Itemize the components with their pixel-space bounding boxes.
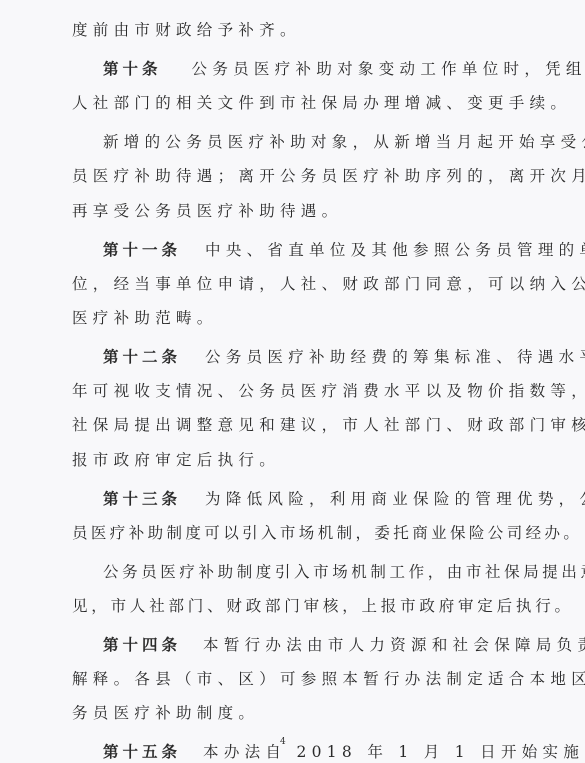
article-line: 第十一条中央、省直单位及其他参照公务员管理的单 [0,240,585,260]
article-line: 第十二条公务员医疗补助经费的筹集标准、待遇水平每 [0,347,585,367]
text-line: 解释。各县（市、区）可参照本暂行办法制定适合本地区的公 [0,669,585,689]
text-line: 年可视收支情况、公务员医疗消费水平以及物价指数等，由市 [0,381,585,401]
article-line: 第十三条为降低风险，利用商业保险的管理优势，公务 [0,489,585,509]
paragraph-text: 人社部门的相关文件到市社保局办理增减、变更手续。 [72,94,571,112]
paragraph-text: 公务员医疗补助经费的筹集标准、待遇水平每 [205,348,585,366]
text-line: 报市政府审定后执行。 [0,450,585,470]
paragraph-text: 中央、省直单位及其他参照公务员管理的单 [205,241,585,259]
text-line: 务员医疗补助制度。 [0,703,585,723]
article-heading: 第十一条 [103,240,181,259]
paragraph-text: 年可视收支情况、公务员医疗消费水平以及物价指数等，由市 [72,382,585,400]
paragraph-text: 员医疗补助制度可以引入市场机制，委托商业保险公司经办。 [72,524,582,542]
text-line: 位，经当事单位申请，人社、财政部门同意，可以纳入公务员 [0,274,585,294]
paragraph-text: 本暂行办法由市人力资源和社会保障局负责 [203,636,585,654]
text-line: 公务员医疗补助制度引入市场机制工作，由市社保局提出意 [0,562,585,582]
paragraph-text: 再享受公务员医疗补助待遇。 [72,202,342,220]
article-heading: 第十条 [103,59,162,78]
article-heading: 第十四条 [103,635,181,654]
text-line: 新增的公务员医疗补助对象，从新增当月起开始享受公务 [0,132,585,152]
article-heading: 第十二条 [103,347,181,366]
text-line: 医疗补助范畴。 [0,308,585,328]
article-line: 第十五条本办法自 2018 年 1 月 1 日开始实施，有效期 3 [0,742,585,762]
article-line: 第十四条本暂行办法由市人力资源和社会保障局负责 [0,635,585,655]
article-heading: 第十五条 [103,742,181,761]
text-line: 人社部门的相关文件到市社保局办理增减、变更手续。 [0,93,585,113]
document-page: 度前由市财政给予补齐。 第十条公务员医疗补助对象变动工作单位时，凭组织或 人社部… [0,0,585,763]
article-heading: 第十三条 [103,489,181,508]
paragraph-text: 务员医疗补助制度。 [72,704,259,722]
paragraph-text: 见，市人社部门、财政部门审核，上报市政府审定后执行。 [72,597,574,615]
text-line: 见，市人社部门、财政部门审核，上报市政府审定后执行。 [0,596,585,616]
paragraph-text: 报市政府审定后执行。 [72,451,280,469]
text-line: 再享受公务员医疗补助待遇。 [0,201,585,221]
text-line: 员医疗补助待遇；离开公务员医疗补助序列的，离开次月起不 [0,166,585,186]
paragraph-text: 医疗补助范畴。 [72,309,218,327]
paragraph-text: 度前由市财政给予补齐。 [72,21,301,39]
paragraph-text: 社保局提出调整意见和建议，市人社部门、财政部门审核，上 [72,416,585,434]
paragraph-text: 公务员医疗补助对象变动工作单位时，凭组织或 [192,60,585,78]
text-line: 员医疗补助制度可以引入市场机制，委托商业保险公司经办。 [0,523,585,543]
paragraph-text: 解释。各县（市、区）可参照本暂行办法制定适合本地区的公 [72,670,585,688]
paragraph-text: 员医疗补助待遇；离开公务员医疗补助序列的，离开次月起不 [72,167,585,185]
paragraph-text: 公务员医疗补助制度引入市场机制工作，由市社保局提出意 [103,563,585,581]
paragraph-text: 新增的公务员医疗补助对象，从新增当月起开始享受公务 [103,133,585,151]
text-line: 度前由市财政给予补齐。 [0,20,585,40]
paragraph-text: 为降低风险，利用商业保险的管理优势，公务 [205,490,585,508]
paragraph-text: 位，经当事单位申请，人社、财政部门同意，可以纳入公务员 [72,275,585,293]
text-line: 社保局提出调整意见和建议，市人社部门、财政部门审核，上 [0,415,585,435]
page-number: 4 [280,737,286,747]
paragraph-text: 本办法自 2018 年 1 月 1 日开始实施，有效期 3 [203,743,585,761]
article-line: 第十条公务员医疗补助对象变动工作单位时，凭组织或 [0,59,585,79]
